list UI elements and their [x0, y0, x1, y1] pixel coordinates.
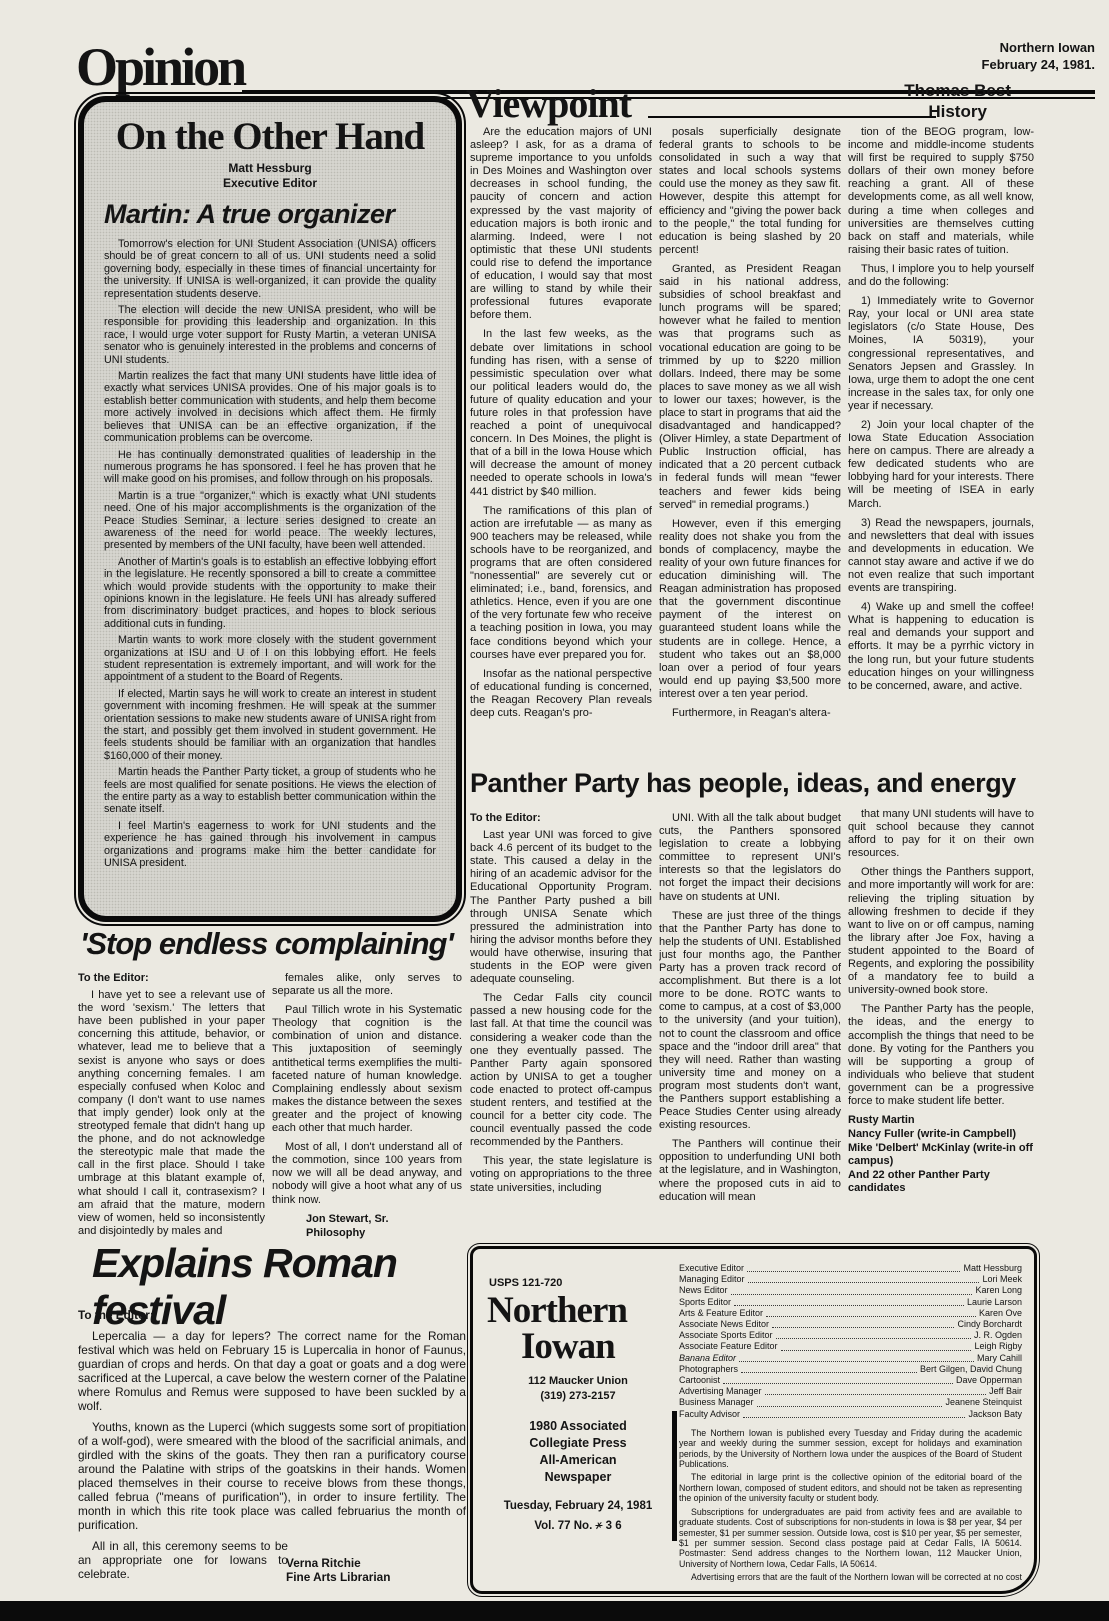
letter-salutation: To the Editor:: [78, 1308, 466, 1322]
article-paragraph: Are the education majors of UNI asleep? …: [470, 126, 652, 322]
masthead-box: USPS 121-720 Northern Iowan 112 Maucker …: [470, 1246, 1037, 1594]
masthead-logo: Northern Iowan: [487, 1293, 669, 1366]
editorial-box-title: On the Other Hand: [104, 114, 436, 159]
letter-paragraph: All in all, this ceremony seems to be an…: [78, 1539, 288, 1581]
editorial-paragraph: He has continually demonstrated qualitie…: [104, 449, 436, 486]
viewpoint-section-title: Viewpoint: [466, 80, 631, 127]
staff-row: Advertising ManagerJeff Bair: [679, 1386, 1022, 1397]
fine-print-paragraph: The editorial in large print is the coll…: [679, 1472, 1022, 1503]
letter-signature: Nancy Fuller (write-in Campbell): [848, 1128, 1034, 1141]
panther-column-1: To the Editor: Last year UNI was forced …: [470, 812, 652, 1248]
masthead-right-column: Executive EditorMatt Hessburg Managing E…: [679, 1261, 1022, 1583]
roman-letter-body: To the Editor: Lepercalia — a day for le…: [78, 1308, 466, 1598]
staff-row: Banana EditorMary Cahill: [679, 1353, 1022, 1364]
staff-row: Arts & Feature EditorKaren Ove: [679, 1308, 1022, 1319]
acp-award: 1980 Associated Collegiate Press All-Ame…: [487, 1418, 669, 1486]
fine-print-paragraph: Subscriptions for undergraduates are pai…: [679, 1507, 1022, 1569]
letter-signature: Mike 'Delbert' McKinlay (write-in off ca…: [848, 1142, 1034, 1168]
acp-line: All-American: [487, 1452, 669, 1469]
editorial-headline: Martin: A true organizer: [104, 199, 436, 230]
letter-paragraph: females alike, only serves to separate u…: [272, 972, 462, 998]
acp-line: Collegiate Press: [487, 1435, 669, 1452]
editorial-paragraph: If elected, Martin says he will work to …: [104, 688, 436, 762]
article-paragraph: Granted, as President Reagan said in his…: [659, 263, 841, 512]
editorial-byline-title: Executive Editor: [104, 176, 436, 191]
letter-paragraph: Other things the Panthers support, and m…: [848, 866, 1034, 997]
letter-signature: Rusty Martin: [848, 1114, 1034, 1127]
editorial-paragraph: Martin realizes the fact that many UNI s…: [104, 370, 436, 444]
phone-line: (319) 273-2157: [487, 1389, 669, 1404]
letter-paragraph: Most of all, I don't understand all of t…: [272, 1141, 462, 1206]
dot-leader: [739, 1361, 974, 1362]
viewpoint-rule: [648, 116, 936, 118]
article-paragraph: 1) Immediately write to Governor Ray, yo…: [848, 295, 1034, 413]
article-paragraph: 4) Wake up and smell the coffee! What is…: [848, 601, 1034, 693]
staff-row: Executive EditorMatt Hessburg: [679, 1263, 1022, 1274]
viewpoint-column-2: posals superficially designate federal g…: [659, 126, 841, 774]
staff-row: Business ManagerJeanene Steinquist: [679, 1397, 1022, 1408]
letter-signature-title: Fine Arts Librarian: [286, 1570, 466, 1584]
staff-list: Executive EditorMatt Hessburg Managing E…: [679, 1263, 1022, 1420]
usps-number: USPS 121-720: [489, 1277, 669, 1289]
staff-row: Associate News EditorCindy Borchardt: [679, 1319, 1022, 1330]
logo-line-1: Northern: [487, 1290, 627, 1331]
article-paragraph: However, even if this emerging reality d…: [659, 518, 841, 701]
editorial-byline: Matt Hessburg Executive Editor: [104, 161, 436, 191]
panther-column-2: UNI. With all the talk about budget cuts…: [659, 812, 841, 1248]
paper-name: Northern Iowan: [982, 40, 1095, 57]
volume-prefix: Vol. 77 No.: [534, 1520, 592, 1532]
editorial-paragraph: Martin wants to work more closely with t…: [104, 634, 436, 684]
staff-row: PhotographersBert Gilgen, David Chung: [679, 1364, 1022, 1375]
staff-row: Associate Feature EditorLeigh Rigby: [679, 1341, 1022, 1352]
staff-row: Managing EditorLori Meek: [679, 1274, 1022, 1285]
acp-line: 1980 Associated: [487, 1418, 669, 1435]
issue-date: February 24, 1981.: [982, 57, 1095, 74]
fine-print-paragraph: Advertising errors that are the fault of…: [679, 1572, 1022, 1583]
letter-paragraph: The Panther Party has the people, the id…: [848, 1003, 1034, 1108]
staff-row: Faculty AdvisorJackson Baty: [679, 1409, 1022, 1420]
letter-paragraph: These are just three of the things that …: [659, 910, 841, 1133]
dot-leader: [743, 1417, 965, 1418]
dot-leader: [748, 1282, 980, 1283]
dot-leader: [747, 1271, 960, 1272]
fine-print-paragraph: The Northern Iowan is published every Tu…: [679, 1428, 1022, 1470]
article-paragraph: In the last few weeks, as the debate ove…: [470, 328, 652, 498]
complaining-column-2: females alike, only serves to separate u…: [272, 972, 462, 1254]
letter-signature-block: Verna Ritchie Fine Arts Librarian: [286, 1556, 466, 1584]
letter-paragraph: Youths, known as the Luperci (which sugg…: [78, 1420, 466, 1532]
staff-row: Sports EditorLaurie Larson: [679, 1297, 1022, 1308]
editorial-paragraph: Martin is a true "organizer," which is e…: [104, 490, 436, 552]
staff-row: Associate Sports EditorJ. R. Ogden: [679, 1330, 1022, 1341]
dot-leader: [766, 1316, 976, 1317]
dot-leader: [765, 1394, 987, 1395]
panther-letter-headline: Panther Party has people, ideas, and ene…: [470, 768, 1046, 799]
dot-leader: [723, 1383, 953, 1384]
letter-salutation: To the Editor:: [470, 812, 652, 825]
letter-paragraph: This year, the state legislature is voti…: [470, 1155, 652, 1194]
paper-nameplate: Northern Iowan February 24, 1981.: [982, 40, 1095, 74]
article-paragraph: Furthermore, in Reagan's altera-: [659, 707, 841, 720]
dot-leader: [781, 1350, 972, 1351]
editorial-paragraph: Tomorrow's election for UNI Student Asso…: [104, 238, 436, 300]
masthead-fine-print: The Northern Iowan is published every Tu…: [679, 1428, 1022, 1583]
article-paragraph: The ramifications of this plan of action…: [470, 505, 652, 662]
letter-paragraph: Last year UNI was forced to give back 4.…: [470, 829, 652, 986]
complaining-column-1: To the Editor: I have yet to see a relev…: [78, 972, 265, 1254]
editorial-byline-name: Matt Hessburg: [104, 161, 436, 176]
editorial-paragraph: I feel Martin's eagerness to work for UN…: [104, 820, 436, 870]
dot-leader: [776, 1338, 971, 1339]
article-paragraph: Thus, I implore you to help yourself and…: [848, 263, 1034, 289]
dot-leader: [731, 1294, 973, 1295]
section-title: Opinion: [76, 36, 244, 98]
dot-leader: [772, 1327, 954, 1328]
viewpoint-column-3: tion of the BEOG program, low-income and…: [848, 126, 1034, 776]
letter-signature: Jon Stewart, Sr.: [306, 1213, 462, 1226]
address-line: 112 Maucker Union: [487, 1374, 669, 1389]
masthead-date: Tuesday, February 24, 1981: [487, 1500, 669, 1512]
letter-paragraph: The Panthers will continue their opposit…: [659, 1138, 841, 1203]
volume-number: 3 6: [606, 1520, 622, 1532]
editorial-box: On the Other Hand Matt Hessburg Executiv…: [78, 96, 462, 922]
viewpoint-column-1: Are the education majors of UNI asleep? …: [470, 126, 652, 774]
newspaper-page: Opinion Northern Iowan February 24, 1981…: [0, 0, 1109, 1621]
letter-paragraph: that many UNI students will have to quit…: [848, 808, 1034, 860]
acp-line: Newspaper: [487, 1469, 669, 1486]
letter-paragraph: The Cedar Falls city council passed a ne…: [470, 992, 652, 1149]
masthead-divider: [672, 1411, 677, 1541]
letter-paragraph: I have yet to see a relevant use of the …: [78, 989, 265, 1238]
crossed-out-mark: ✗: [596, 1518, 603, 1532]
dot-leader: [734, 1305, 964, 1306]
article-paragraph: posals superficially designate federal g…: [659, 126, 841, 257]
byline-dept: History: [904, 101, 1011, 122]
logo-line-2: Iowan: [521, 1329, 669, 1365]
letter-paragraph: UNI. With all the talk about budget cuts…: [659, 812, 841, 904]
page-bottom-edge: [0, 1601, 1109, 1621]
panther-column-3: that many UNI students will have to quit…: [848, 808, 1034, 1250]
letter-signature: Verna Ritchie: [286, 1556, 466, 1570]
article-paragraph: 3) Read the newspapers, journals, and ne…: [848, 517, 1034, 596]
editorial-paragraph: Martin heads the Panther Party ticket, a…: [104, 766, 436, 816]
letter-paragraph: Lepercalia — a day for lepers? The corre…: [78, 1329, 466, 1413]
staff-row: News EditorKaren Long: [679, 1285, 1022, 1296]
dot-leader: [757, 1406, 943, 1407]
dot-leader: [741, 1372, 917, 1373]
letter-signature: And 22 other Panther Party candidates: [848, 1169, 1034, 1195]
letter-salutation: To the Editor:: [78, 972, 265, 985]
byline-name: Thomas Best: [904, 80, 1011, 101]
complaining-letter-headline: 'Stop endless complaining': [80, 926, 472, 962]
letter-signature-title: Philosophy: [306, 1227, 462, 1240]
article-paragraph: tion of the BEOG program, low-income and…: [848, 126, 1034, 257]
staff-row: CartoonistDave Opperman: [679, 1375, 1022, 1386]
masthead-left-column: USPS 121-720 Northern Iowan 112 Maucker …: [487, 1261, 669, 1583]
article-paragraph: Insofar as the national perspective of e…: [470, 668, 652, 720]
masthead-address: 112 Maucker Union (319) 273-2157: [487, 1374, 669, 1405]
article-paragraph: 2) Join your local chapter of the Iowa S…: [848, 419, 1034, 511]
letter-paragraph: Paul Tillich wrote in his Systematic The…: [272, 1004, 462, 1135]
editorial-paragraph: The election will decide the new UNISA p…: [104, 304, 436, 366]
volume-line: Vol. 77 No. ✗ 3 6: [487, 1518, 669, 1532]
editorial-paragraph: Another of Martin's goals is to establis…: [104, 556, 436, 630]
